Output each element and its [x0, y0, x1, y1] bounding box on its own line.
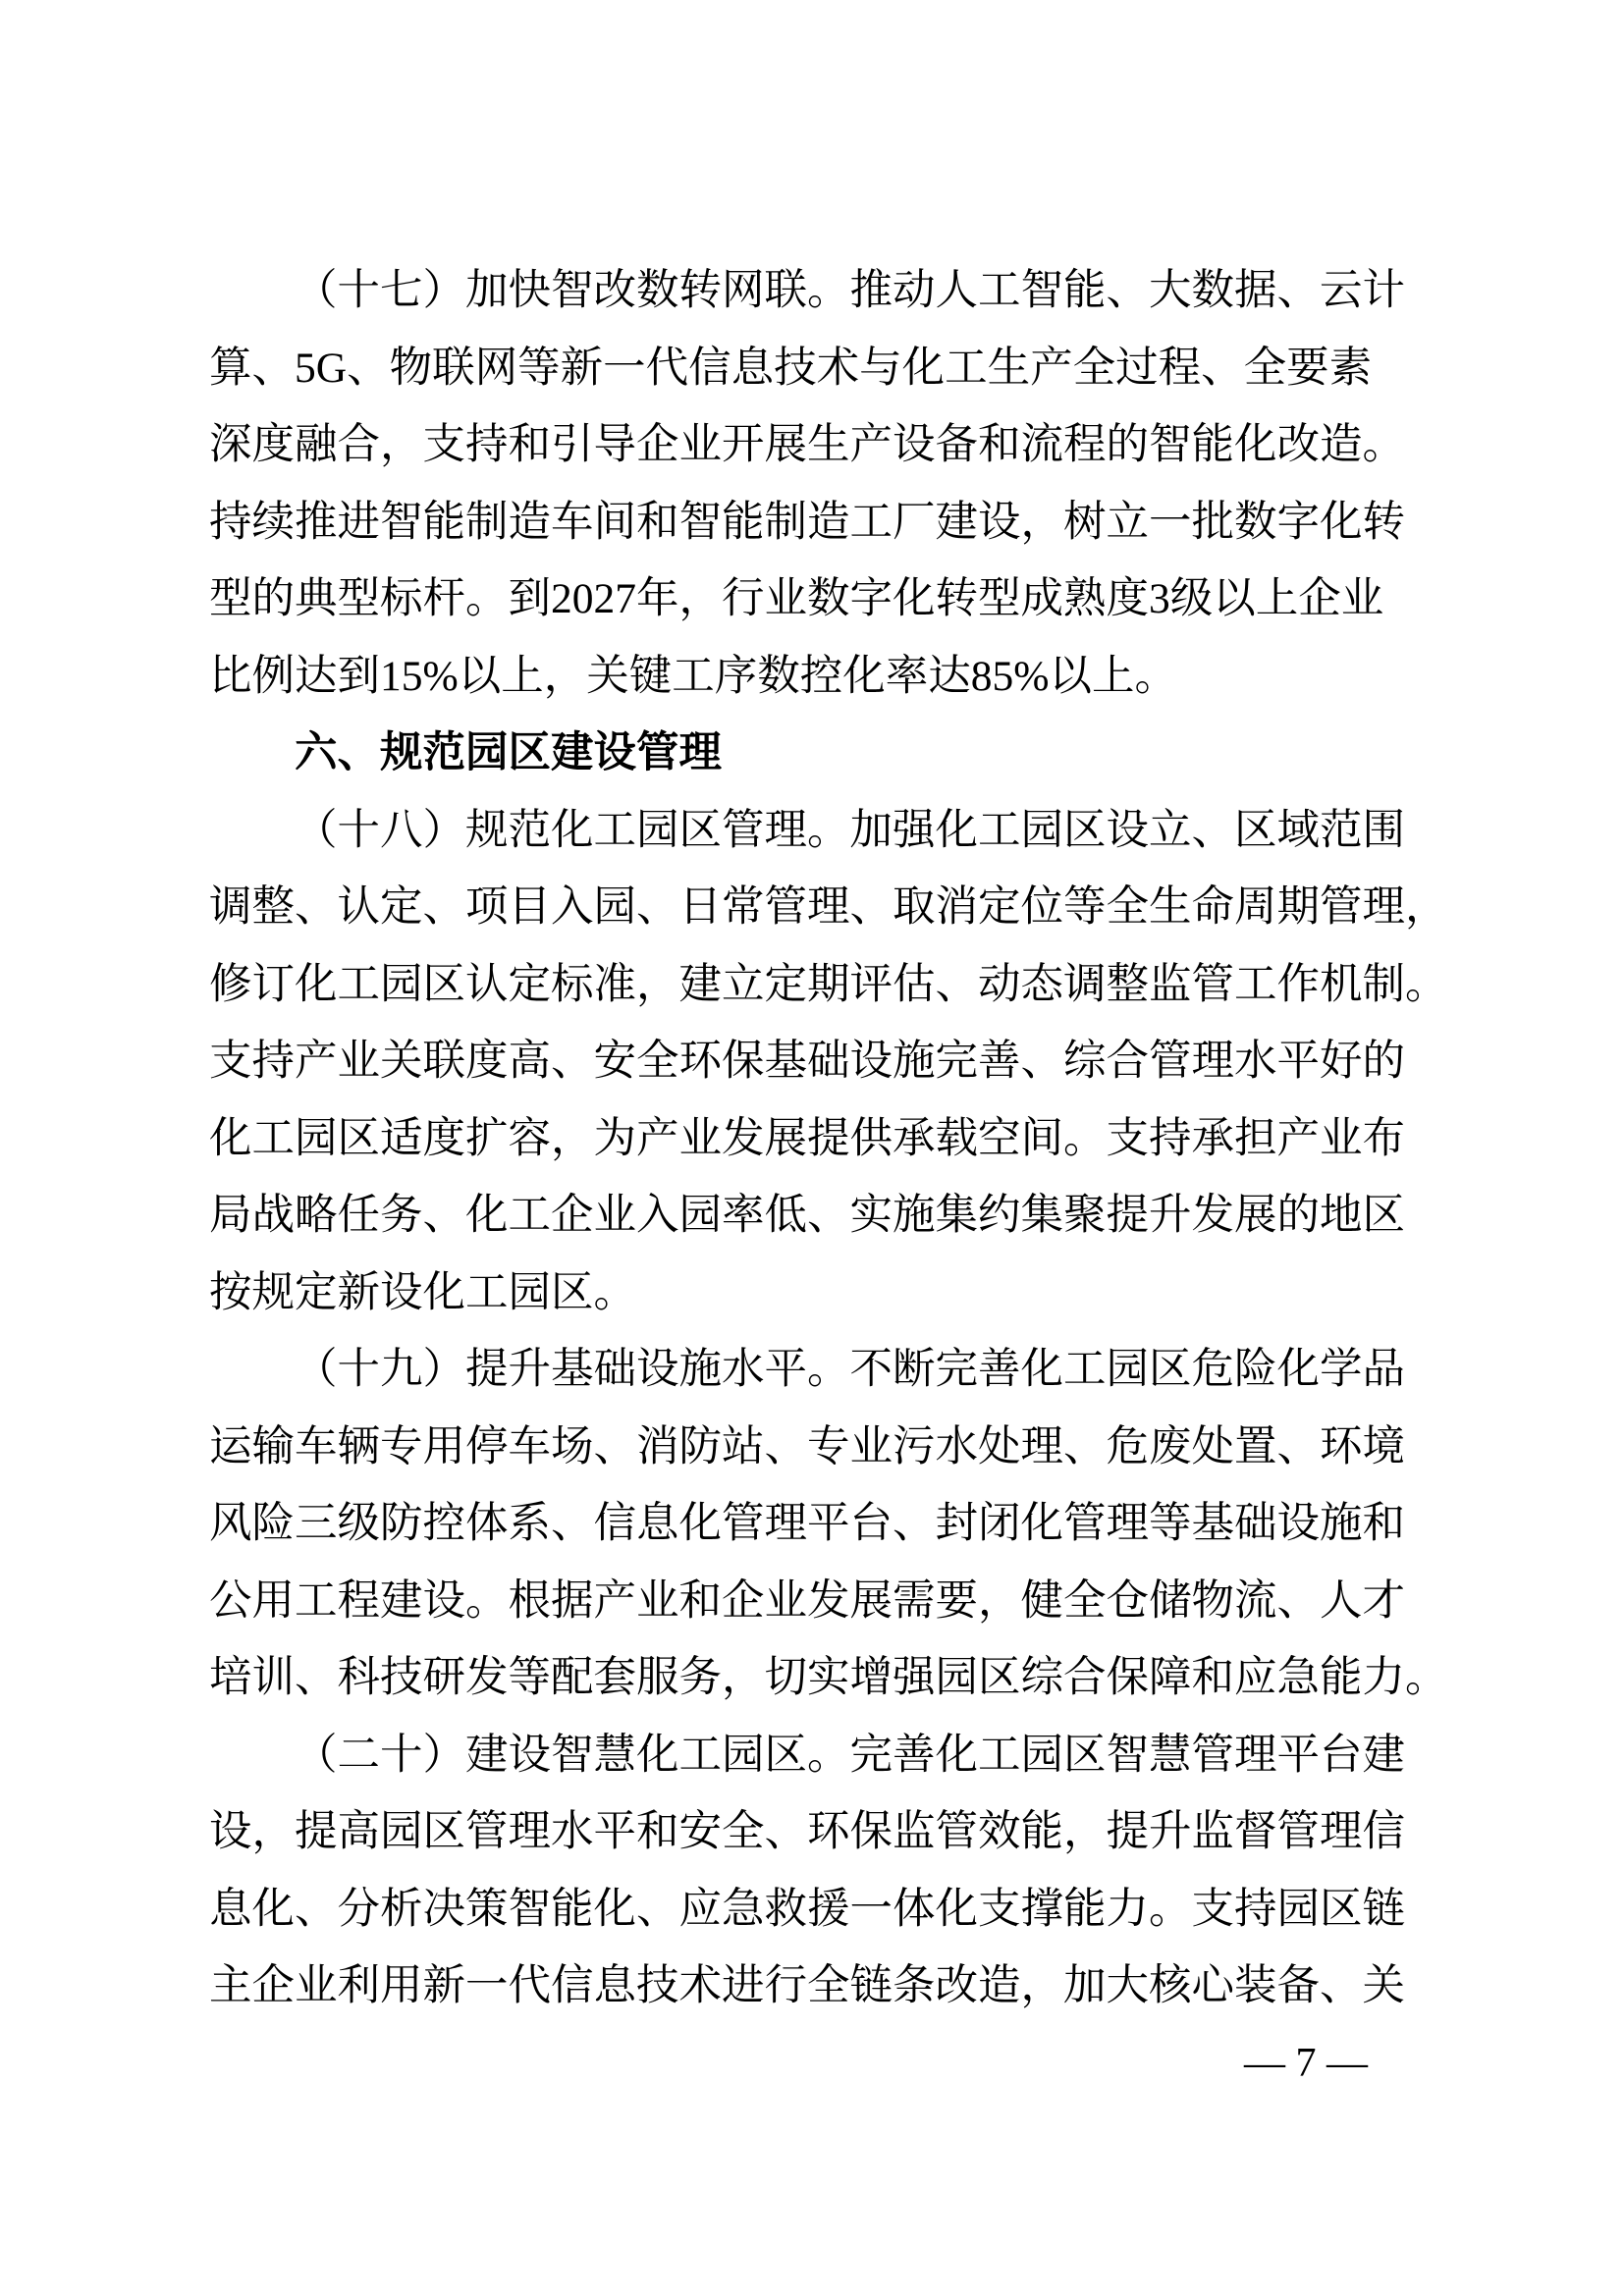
paragraph-18: （十八）规范化工园区管理。加强化工园区设立、区域范围 调整、认定、项目入园、日常…	[209, 792, 1407, 1332]
paragraph-19: （十九）提升基础设施水平。不断完善化工园区危险化学品 运输车辆专用停车场、消防站…	[209, 1331, 1407, 1717]
text-line: （十七）加快智改数转网联。推动人工智能、大数据、云计	[209, 252, 1407, 330]
text-line: 支持产业关联度高、安全环保基础设施完善、综合管理水平好的	[209, 1023, 1407, 1100]
paragraph-17: （十七）加快智改数转网联。推动人工智能、大数据、云计 算、5G、物联网等新一代信…	[209, 252, 1407, 715]
page-number: — 7 —	[1244, 2032, 1368, 2095]
text-line: 公用工程建设。根据产业和企业发展需要，健全仓储物流、人才	[209, 1563, 1407, 1640]
text-line: 运输车辆专用停车场、消防站、专业污水处理、危废处置、环境	[209, 1409, 1407, 1486]
text-line: 型的典型标杆。到2027年，行业数字化转型成熟度3级以上企业	[209, 561, 1407, 638]
text-line: 修订化工园区认定标准，建立定期评估、动态调整监管工作机制。	[209, 946, 1407, 1024]
text-line: 按规定新设化工园区。	[209, 1255, 1407, 1332]
text-line: （十八）规范化工园区管理。加强化工园区设立、区域范围	[209, 792, 1407, 870]
section-6: 六、规范园区建设管理	[209, 715, 1407, 792]
text-line: 息化、分析决策智能化、应急救援一体化支撑能力。支持园区链	[209, 1871, 1407, 1949]
paragraph-20: （二十）建设智慧化工园区。完善化工园区智慧管理平台建 设，提高园区管理水平和安全…	[209, 1717, 1407, 2025]
text-line: （二十）建设智慧化工园区。完善化工园区智慧管理平台建	[209, 1717, 1407, 1794]
text-line: 风险三级防控体系、信息化管理平台、封闭化管理等基础设施和	[209, 1485, 1407, 1563]
text-line: 深度融合，支持和引导企业开展生产设备和流程的智能化改造。	[209, 406, 1407, 484]
text-line: 调整、认定、项目入园、日常管理、取消定位等全生命周期管理，	[209, 869, 1407, 946]
text-line: 培训、科技研发等配套服务，切实增强园区综合保障和应急能力。	[209, 1639, 1407, 1717]
document-page: （十七）加快智改数转网联。推动人工智能、大数据、云计 算、5G、物联网等新一代信…	[0, 0, 1624, 2296]
text-line: 化工园区适度扩容，为产业发展提供承载空间。支持承担产业布	[209, 1100, 1407, 1178]
text-line: 比例达到15%以上，关键工序数控化率达85%以上。	[209, 638, 1407, 716]
text-line: 主企业利用新一代信息技术进行全链条改造，加大核心装备、关	[209, 1948, 1407, 2025]
text-line: 持续推进智能制造车间和智能制造工厂建设，树立一批数字化转	[209, 484, 1407, 561]
text-line: 设，提高园区管理水平和安全、环保监管效能，提升监督管理信	[209, 1793, 1407, 1871]
text-line: 算、5G、物联网等新一代信息技术与化工生产全过程、全要素	[209, 330, 1407, 407]
document-body: （十七）加快智改数转网联。推动人工智能、大数据、云计 算、5G、物联网等新一代信…	[209, 252, 1407, 2025]
text-line: 局战略任务、化工企业入园率低、实施集约集聚提升发展的地区	[209, 1177, 1407, 1255]
text-line: （十九）提升基础设施水平。不断完善化工园区危险化学品	[209, 1331, 1407, 1409]
section-heading: 六、规范园区建设管理	[209, 715, 1407, 792]
